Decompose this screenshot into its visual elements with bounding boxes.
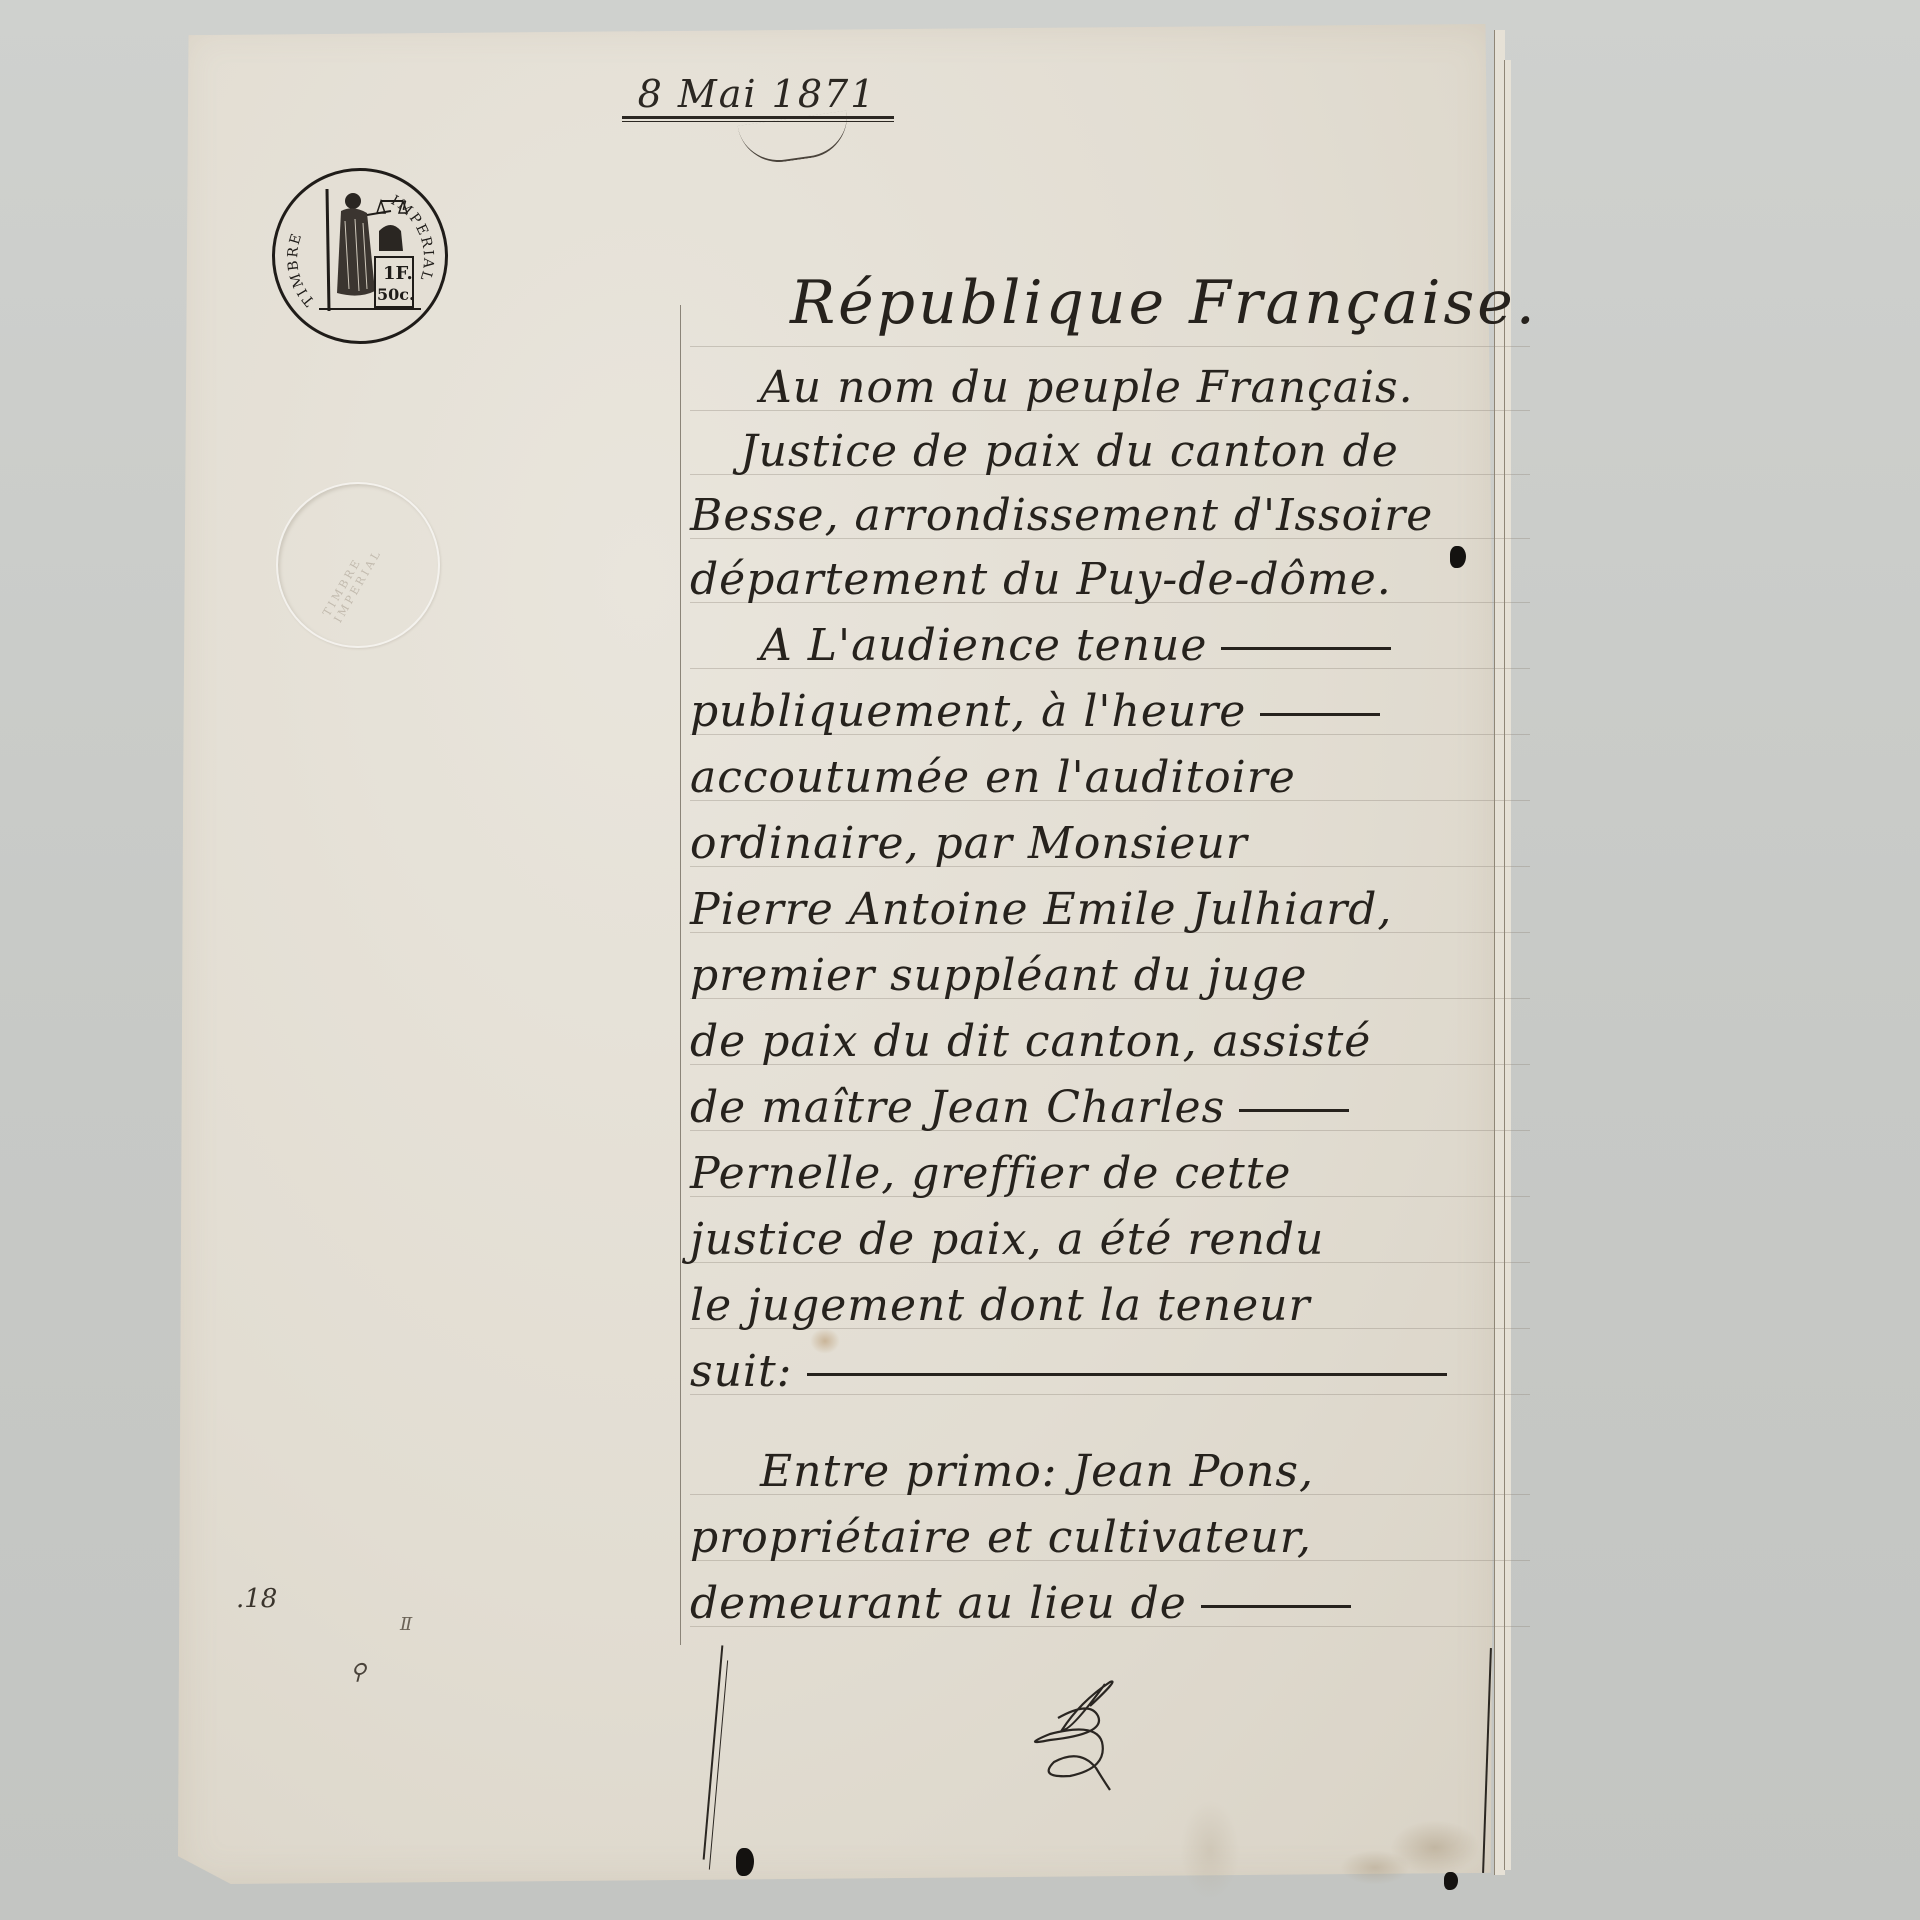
- text-line: Justice de paix du canton de: [690, 426, 1530, 477]
- text-line: Entre primo: Jean Pons,: [690, 1446, 1530, 1497]
- left-margin-rule: [680, 305, 681, 1645]
- svg-text:TIMBRE: TIMBRE: [285, 230, 318, 309]
- text-line: Pernelle, greffier de cette: [690, 1148, 1530, 1199]
- line-filler: [1239, 1109, 1349, 1112]
- text-line: Besse, arrondissement d'Issoire: [690, 490, 1530, 541]
- text-line: Pierre Antoine Emile Julhiard,: [690, 884, 1530, 935]
- ruled-line: [690, 346, 1530, 347]
- text-line: suit:: [690, 1346, 1530, 1397]
- line-filler: [807, 1373, 1447, 1376]
- text-line: publiquement, à l'heure: [690, 686, 1530, 737]
- water-stain: [1340, 1850, 1410, 1885]
- folio-number: .18: [236, 1584, 277, 1614]
- text-line: de paix du dit canton, assisté: [690, 1016, 1530, 1067]
- date-underline: [622, 116, 894, 119]
- text-line: premier suppléant du juge: [690, 950, 1530, 1001]
- signature-flourish-icon: [1010, 1672, 1160, 1802]
- text-span: de maître Jean Charles: [690, 1082, 1225, 1133]
- document-date: 8 Mai 1871: [622, 72, 892, 116]
- margin-mark: ⚲: [350, 1660, 366, 1685]
- heading-republique: République Française.: [790, 268, 1630, 338]
- embossed-blind-stamp: TIMBRE IMPERIAL: [276, 482, 440, 648]
- text-line: justice de paix, a été rendu: [690, 1214, 1530, 1265]
- ink-blot: [1444, 1872, 1458, 1890]
- text-span: publiquement, à l'heure: [690, 686, 1246, 737]
- stamp-value-centimes: 50c.: [377, 285, 415, 304]
- line-filler: [1260, 713, 1380, 716]
- text-line: ordinaire, par Monsieur: [690, 818, 1530, 869]
- text-line: accoutumée en l'auditoire: [690, 752, 1530, 803]
- stamp-text-left: TIMBRE: [285, 230, 318, 309]
- text-line: Au nom du peuple Français.: [690, 362, 1530, 413]
- text-line: le jugement dont la teneur: [690, 1280, 1530, 1331]
- text-line-audience: A L'audience tenue: [690, 620, 1530, 671]
- text-span: suit:: [690, 1346, 793, 1397]
- line-filler: [1221, 647, 1391, 650]
- foxing-spot: [810, 1328, 840, 1354]
- text-line: demeurant au lieu de: [690, 1578, 1530, 1629]
- date-underline-thin: [622, 121, 894, 122]
- margin-mark: Ⅱ: [400, 1614, 412, 1635]
- justice-figure-icon: TIMBRE IMPERIAL: [275, 171, 445, 341]
- text-line: département du Puy-de-dôme.: [690, 554, 1530, 605]
- water-stain: [1180, 1800, 1240, 1900]
- text-span: A L'audience tenue: [760, 620, 1207, 671]
- text-span: demeurant au lieu de: [690, 1578, 1187, 1629]
- text-line: de maître Jean Charles: [690, 1082, 1530, 1133]
- line-filler: [1201, 1605, 1351, 1608]
- text-line: propriétaire et cultivateur,: [690, 1512, 1530, 1563]
- stamp-value-francs: 1F.: [383, 263, 413, 284]
- timbre-imperial-stamp: TIMBRE IMPERIAL 1F. 50c.: [272, 168, 448, 344]
- blind-stamp-text: TIMBRE IMPERIAL: [320, 489, 414, 625]
